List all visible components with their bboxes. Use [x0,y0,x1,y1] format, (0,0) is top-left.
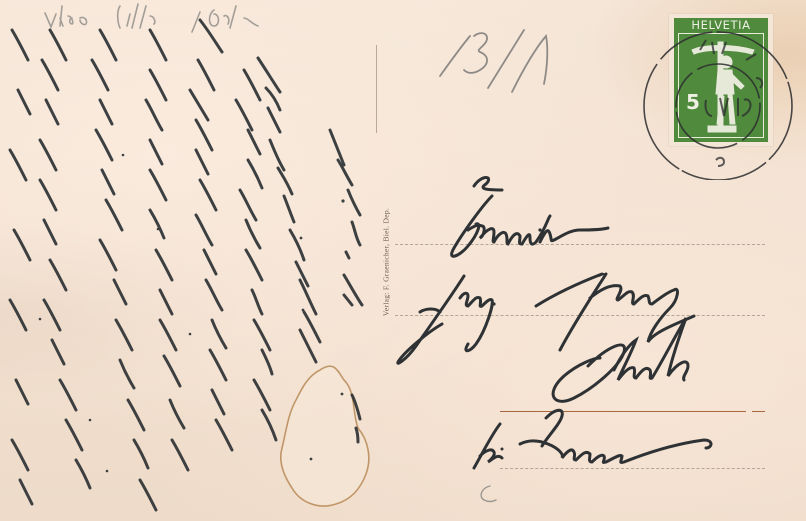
pencil-reference [440,30,547,92]
pencil-mark-bottom [481,486,496,502]
postcard: Verlag: F. Graenicher, Biel. Dep. [0,0,806,521]
pencil-note [45,4,258,32]
water-stain [281,366,369,506]
address-handwriting [398,178,711,469]
postmark-icon [630,20,806,180]
